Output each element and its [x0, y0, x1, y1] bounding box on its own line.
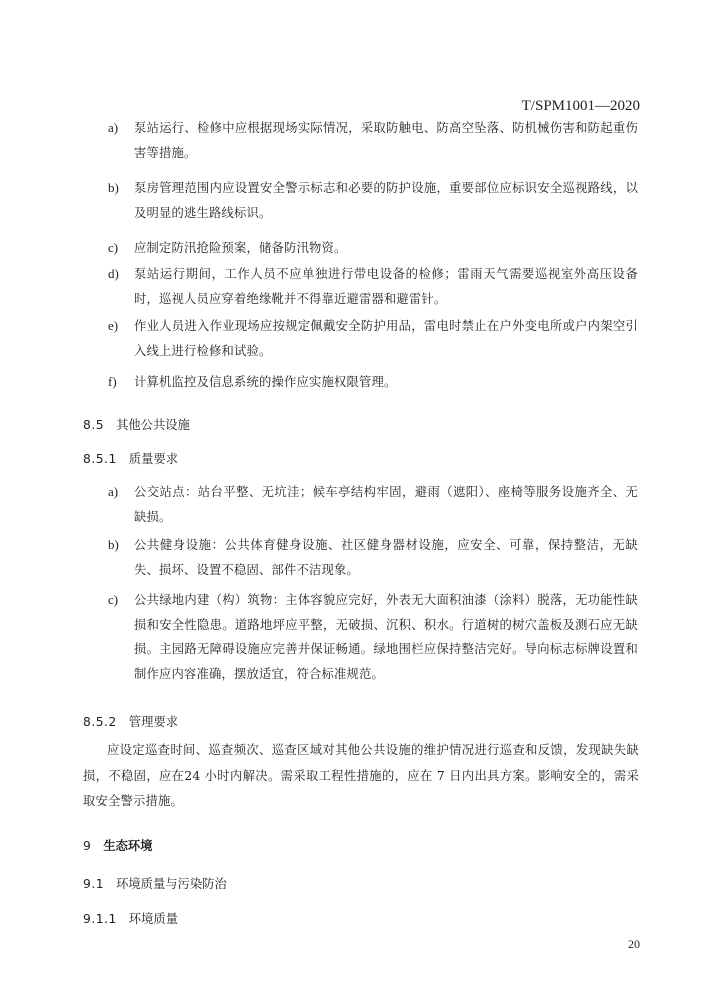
- list-label: a): [108, 116, 118, 141]
- list-text: 泵房管理范围内应设置安全警示标志和必要的防护设施，重要部位应标识安全巡视路线，以…: [134, 176, 638, 225]
- body-paragraph: 应设定巡查时间、巡查频次、巡查区域对其他公共设施的维护情况进行巡查和反馈，发现缺…: [83, 738, 639, 815]
- list-item: b) 公共健身设施：公共体育健身设施、社区健身器材设施，应安全、可靠，保持整洁，…: [108, 533, 638, 582]
- section-number: 9: [83, 839, 91, 853]
- list-item: f) 计算机监控及信息系统的操作应实施权限管理。: [108, 370, 638, 395]
- list-label: a): [108, 480, 118, 505]
- section-number: 9.1: [83, 877, 104, 891]
- section-number: 9.1.1: [83, 912, 117, 926]
- list-label: e): [108, 314, 118, 339]
- section-number: 8.5: [83, 418, 104, 432]
- section-number: 8.5.1: [83, 452, 117, 466]
- list-label: f): [108, 370, 117, 395]
- section-title: 环境质量: [129, 912, 178, 926]
- section-title: 管理要求: [129, 715, 178, 729]
- list-text: 应制定防汛抢险预案，储备防汛物资。: [134, 236, 638, 261]
- list-item: c) 应制定防汛抢险预案，储备防汛物资。: [108, 236, 638, 261]
- list-label: c): [108, 588, 118, 613]
- section-title: 环境质量与污染防治: [116, 877, 227, 891]
- list-item: d) 泵站运行期间，工作人员不应单独进行带电设备的检修；雷雨天气需要巡视室外高压…: [108, 262, 638, 311]
- subsection-heading: 8.5.2管理要求: [83, 712, 178, 730]
- section-title: 质量要求: [129, 452, 178, 466]
- list-item: c) 公共绿地内建（构）筑物：主体容貌应完好，外表无大面积油漆（涂料）脱落，无功…: [108, 588, 638, 686]
- list-text: 公交站点：站台平整、无坑洼；候车亭结构牢固，避雨（遮阳）、座椅等服务设施齐全、无…: [134, 480, 638, 529]
- list-item: a) 公交站点：站台平整、无坑洼；候车亭结构牢固，避雨（遮阳）、座椅等服务设施齐…: [108, 480, 638, 529]
- page-number: 20: [628, 937, 640, 952]
- section-title: 其他公共设施: [116, 418, 190, 432]
- list-label: b): [108, 533, 119, 558]
- section-number: 8.5.2: [83, 715, 117, 729]
- section-heading: 9.1环境质量与污染防治: [83, 874, 227, 892]
- document-code: T/SPM1001—2020: [522, 98, 640, 115]
- section-title: 生态环境: [103, 839, 152, 853]
- list-item: a) 泵站运行、检修中应根据现场实际情况，采取防触电、防高空坠落、防机械伤害和防…: [108, 116, 638, 165]
- section-heading: 8.5其他公共设施: [83, 415, 190, 433]
- list-item: b) 泵房管理范围内应设置安全警示标志和必要的防护设施，重要部位应标识安全巡视路…: [108, 176, 638, 225]
- list-label: d): [108, 262, 119, 287]
- list-text: 泵站运行期间，工作人员不应单独进行带电设备的检修；雷雨天气需要巡视室外高压设备时…: [134, 262, 638, 311]
- subsection-heading: 8.5.1质量要求: [83, 449, 178, 467]
- list-text: 作业人员进入作业现场应按规定佩戴安全防护用品，雷电时禁止在户外变电所或户内架空引…: [134, 314, 638, 363]
- list-text: 公共绿地内建（构）筑物：主体容貌应完好，外表无大面积油漆（涂料）脱落，无功能性缺…: [134, 588, 638, 686]
- list-label: b): [108, 176, 119, 201]
- list-text: 泵站运行、检修中应根据现场实际情况，采取防触电、防高空坠落、防机械伤害和防起重伤…: [134, 116, 638, 165]
- chapter-heading: 9生态环境: [83, 836, 153, 854]
- list-item: e) 作业人员进入作业现场应按规定佩戴安全防护用品，雷电时禁止在户外变电所或户内…: [108, 314, 638, 363]
- document-page: T/SPM1001—2020 a) 泵站运行、检修中应根据现场实际情况，采取防触…: [0, 0, 706, 1000]
- subsection-heading: 9.1.1环境质量: [83, 909, 178, 927]
- list-text: 公共健身设施：公共体育健身设施、社区健身器材设施，应安全、可靠，保持整洁，无缺失…: [134, 533, 638, 582]
- list-text: 计算机监控及信息系统的操作应实施权限管理。: [134, 370, 638, 395]
- list-label: c): [108, 236, 118, 261]
